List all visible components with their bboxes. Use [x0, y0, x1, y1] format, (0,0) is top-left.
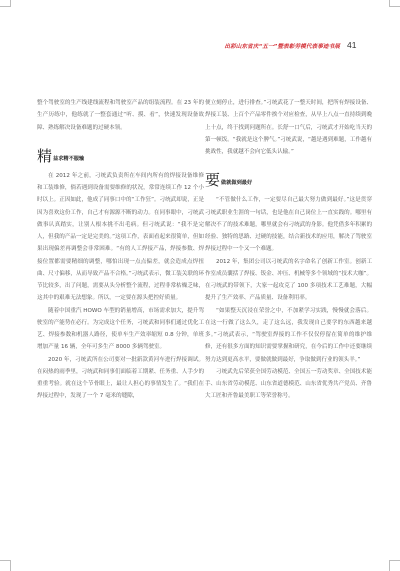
paragraph: “如果整天沉浸在荣誉之中，不加紧学习实践，慢慢就会落后。在这一行做了这么久，走了…: [205, 305, 372, 366]
crop-mark-bottom-right: [389, 560, 400, 571]
right-column: 便立刻停止，进行排查。”刁统武花了一整天时间，把所有焊接设备、焊接工装、上百个产…: [205, 97, 372, 403]
paragraph: 刁统武先后荣获全国劳动模范、全国五一劳动奖章、全国技术能手、山东省劳动模范、山东…: [205, 366, 372, 403]
section-heading-subtitle: 益求精不服输: [53, 156, 84, 164]
section-heading-initial: 要: [205, 173, 220, 188]
paragraph: 2020 年，刁统武所在公司要对一批新款黄河车进行焊接调试。在闷热的雨季里，刁统…: [37, 354, 204, 403]
paragraph: 随着中国重汽 HOWO 车型的销量增高，市场需求加大，提升驾驶室的产能势在必行。…: [37, 305, 204, 354]
paragraph: 2012 年，集团公司以刁统武的名字命名了创新工作室。创新工作室成员囊括了焊接、…: [205, 256, 372, 305]
paragraph: 整个驾驶室的生产线建线流程和驾驶室产品的组装流程。在 23 年的生产历练中，他练…: [37, 97, 204, 134]
paragraph: 在 2012 年之前，刁统武负责所在车间内所有的焊接设备维修和工装维修，倘若遇到…: [37, 170, 204, 305]
crop-mark-bottom-left: [0, 560, 11, 571]
running-header-title: 出彩山东省庆“五一”暨表彰劳模代表事迹书展: [224, 42, 340, 50]
paragraph: “不管做什么工作，一定要尽自己最大努力做到最好。”这是贯穿刁统武职业生涯的一句话…: [205, 194, 372, 255]
section-heading-subtitle: 做就做到最好: [221, 180, 252, 188]
crop-mark-top-right: [389, 0, 400, 7]
crop-mark-top-left: [0, 0, 11, 7]
page-number: 41: [347, 40, 356, 50]
paragraph: 便立刻停止，进行排查。”刁统武花了一整天时间，把所有焊接设备、焊接工装、上百个产…: [205, 97, 372, 158]
left-column: 整个驾驶室的生产线建线流程和驾驶室产品的组装流程。在 23 年的生产历练中，他练…: [37, 97, 204, 403]
section-heading-1: 精 益求精不服输: [37, 144, 204, 164]
section-heading-2: 要 做就做到最好: [205, 168, 372, 188]
section-heading-initial: 精: [37, 149, 52, 164]
